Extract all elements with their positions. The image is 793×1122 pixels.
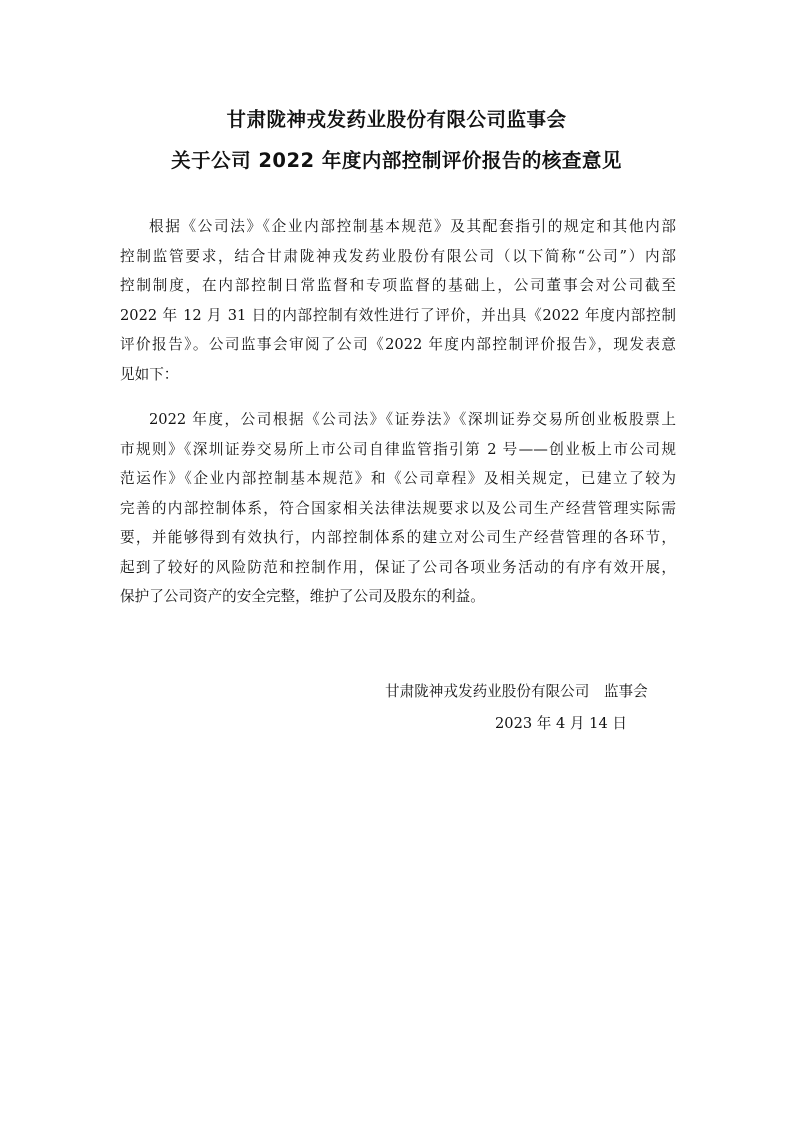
paragraph-1: 根据《公司法》《企业内部控制基本规范》及其配套指引的规定和其他内部 控制监管要求… bbox=[120, 212, 676, 389]
paragraph-line: 起到了较好的风险防范和控制作用，保证了公司各项业务活动的有序有效开展， bbox=[120, 553, 676, 583]
paragraph-line: 根据《公司法》《企业内部控制基本规范》及其配套指引的规定和其他内部 bbox=[120, 212, 676, 242]
paragraph-line: 控制监管要求，结合甘肃陇神戎发药业股份有限公司（以下简称“公司”）内部 bbox=[120, 242, 676, 272]
paragraph-line: 完善的内部控制体系，符合国家相关法律法规要求以及公司生产经营管理实际需 bbox=[120, 494, 676, 524]
signature-organization: 甘肃陇神戎发药业股份有限公司 监事会 bbox=[385, 680, 648, 701]
document-title-line-1: 甘肃陇神戎发药业股份有限公司监事会 bbox=[0, 104, 793, 132]
paragraph-line: 2022 年 12 月 31 日的内部控制有效性进行了评价，并出具《2022 年… bbox=[120, 301, 676, 331]
paragraph-line: 要，并能够得到有效执行，内部控制体系的建立对公司生产经营管理的各环节， bbox=[120, 523, 676, 553]
paragraph-line: 评价报告》。公司监事会审阅了公司《2022 年度内部控制评价报告》，现发表意 bbox=[120, 330, 676, 360]
paragraph-line: 控制制度，在内部控制日常监督和专项监督的基础上，公司董事会对公司截至 bbox=[120, 271, 676, 301]
paragraph-line: 保护了公司资产的安全完整，维护了公司及股东的利益。 bbox=[120, 582, 676, 612]
paragraph-line: 2022 年度，公司根据《公司法》《证券法》《深圳证券交易所创业板股票上 bbox=[120, 405, 676, 435]
document-title-line-2: 关于公司 2022 年度内部控制评价报告的核查意见 bbox=[0, 145, 793, 173]
paragraph-line: 市规则》《深圳证券交易所上市公司自律监管指引第 2 号——创业板上市公司规 bbox=[120, 435, 676, 465]
paragraph-line: 范运作》《企业内部控制基本规范》和《公司章程》及相关规定，已建立了较为 bbox=[120, 464, 676, 494]
paragraph-2: 2022 年度，公司根据《公司法》《证券法》《深圳证券交易所创业板股票上 市规则… bbox=[120, 405, 676, 612]
paragraph-line: 见如下： bbox=[120, 360, 676, 390]
signature-date: 2023 年 4 月 14 日 bbox=[495, 712, 627, 733]
